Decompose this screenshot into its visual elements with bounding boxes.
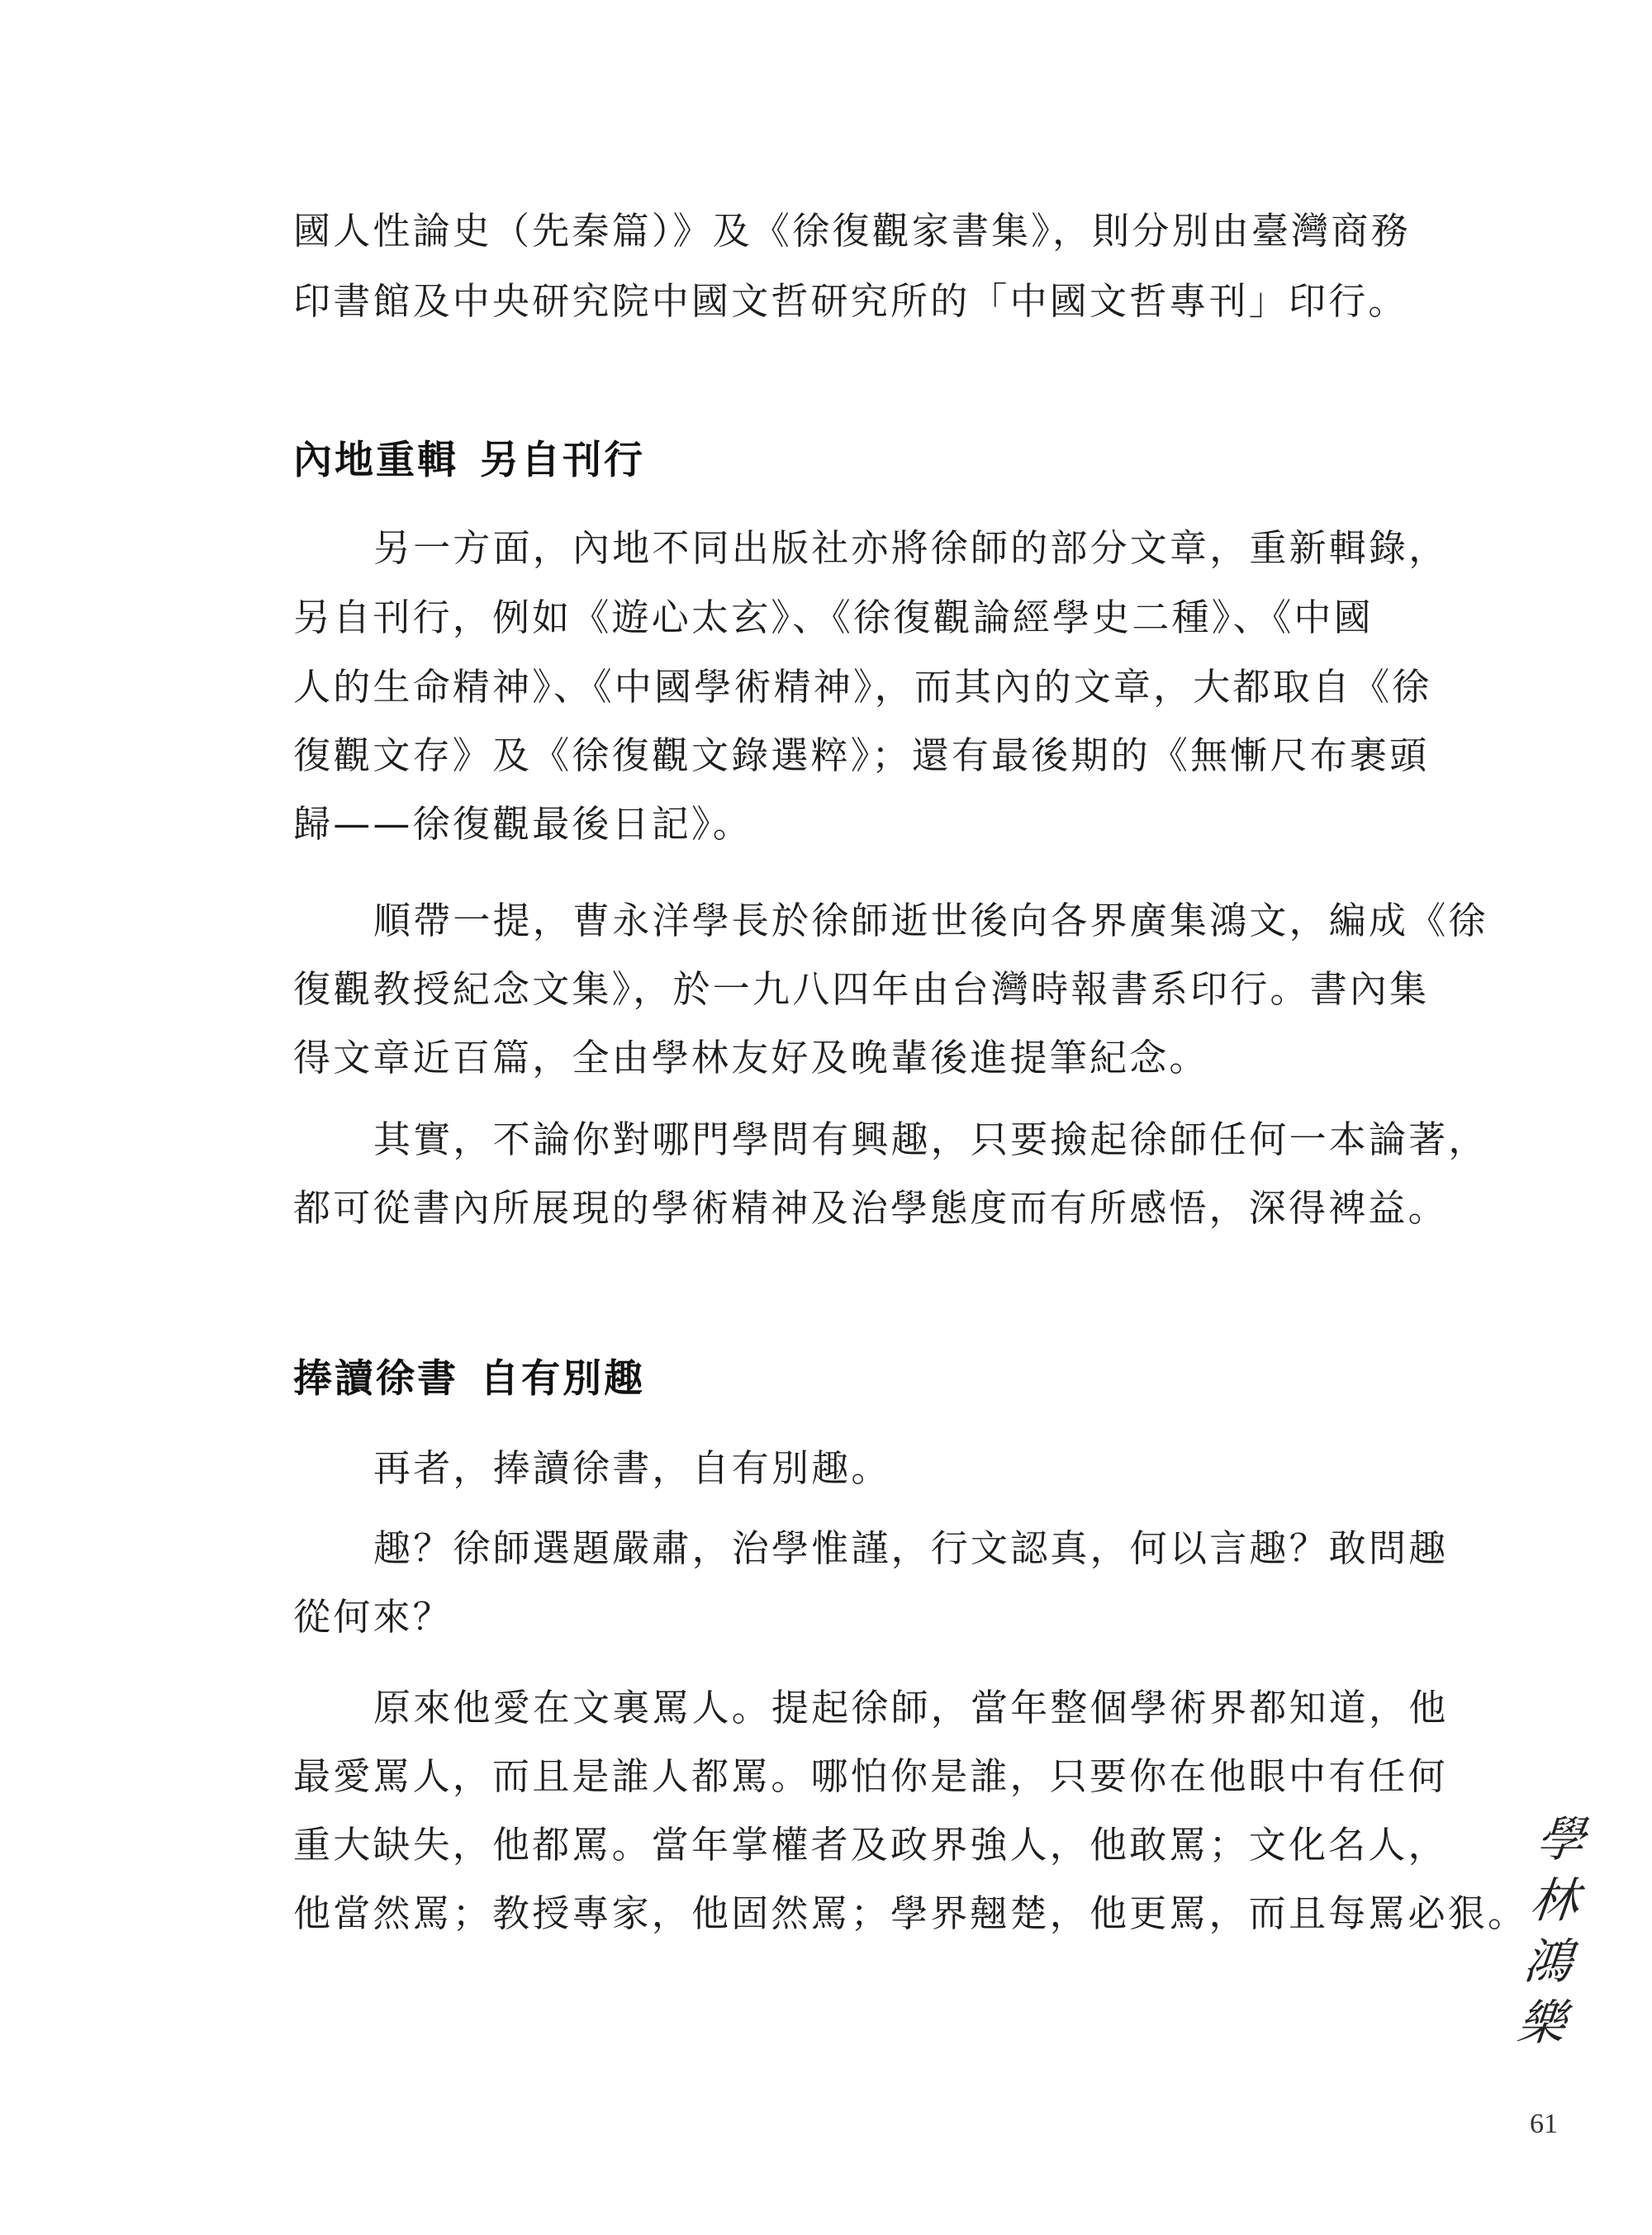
text-line: 原來他愛在文裏罵人。提起徐師，當年整個學術界都知道，他 — [373, 1683, 1448, 1733]
page-number: 61 — [1530, 2109, 1558, 2140]
text-line: 再者，捧讀徐書，自有別趣。 — [373, 1444, 891, 1493]
text-line: 另自刊行，例如《遊心太玄》、《徐復觀論經學史二種》、《中國 — [293, 593, 1374, 643]
calligraphy-char: 林 — [1522, 1870, 1587, 1931]
text-line: 順帶一提，曹永洋學長於徐師逝世後向各界廣集鴻文，編成《徐 — [373, 896, 1488, 946]
calligraphy-char: 鴻 — [1516, 1931, 1580, 1992]
text-line: 印書館及中央研究院中國文哲研究所的「中國文哲專刊」印行。 — [293, 277, 1408, 326]
section-heading-part: 自有別趣 — [480, 1356, 645, 1402]
text-line: 人的生命精神》、《中國學術精神》，而其內的文章，大都取自《徐 — [293, 662, 1432, 712]
section-heading-part: 捧讀徐書 — [293, 1356, 458, 1402]
text-line: 歸——徐復觀最後日記》。 — [293, 800, 752, 849]
section-heading: 內地重輯另自刊行 — [293, 436, 645, 486]
section-heading-part: 另自刊行 — [480, 438, 645, 483]
text-line: 國人性論史（先秦篇）》及《徐復觀家書集》，則分別由臺灣商務 — [293, 206, 1411, 256]
text-line: 他當然罵；教授專家，他固然罵；學界翹楚，他更罵，而且每罵必狠。 — [293, 1889, 1527, 1938]
text-line: 其實，不論你對哪門學問有興趣，只要撿起徐師任何一本論著， — [373, 1115, 1488, 1165]
text-line: 從何來？ — [293, 1592, 453, 1642]
text-line: 得文章近百篇，全由學林友好及晚輩後進提筆紀念。 — [293, 1033, 1209, 1083]
section-heading-part: 內地重輯 — [293, 438, 458, 483]
text-line: 都可從書內所展現的學術精神及治學態度而有所感悟，深得裨益。 — [293, 1184, 1448, 1233]
book-page: 國人性論史（先秦篇）》及《徐復觀家書集》，則分別由臺灣商務 印書館及中央研究院中… — [0, 0, 1652, 2235]
series-calligraphy-mark: 學 林 鴻 樂 — [1509, 1809, 1593, 2053]
text-line: 最愛罵人，而且是誰人都罵。哪怕你是誰，只要你在他眼中有任何 — [293, 1752, 1448, 1801]
calligraphy-char: 學 — [1529, 1809, 1593, 1870]
section-heading: 捧讀徐書自有別趣 — [293, 1355, 645, 1404]
calligraphy-char: 樂 — [1509, 1992, 1574, 2053]
text-line: 重大缺失，他都罵。當年掌權者及政界強人，他敢罵；文化名人， — [293, 1820, 1448, 1870]
text-line: 另一方面，內地不同出版社亦將徐師的部分文章，重新輯錄， — [373, 524, 1448, 573]
text-line: 復觀教授紀念文集》，於一九八四年由台灣時報書系印行。書內集 — [293, 965, 1429, 1014]
text-line: 復觀文存》及《徐復觀文錄選粹》；還有最後期的《無慚尺布裹頭 — [293, 731, 1429, 781]
text-line: 趣？徐師選題嚴肅，治學惟謹，行文認真，何以言趣？敢問趣 — [373, 1524, 1448, 1573]
